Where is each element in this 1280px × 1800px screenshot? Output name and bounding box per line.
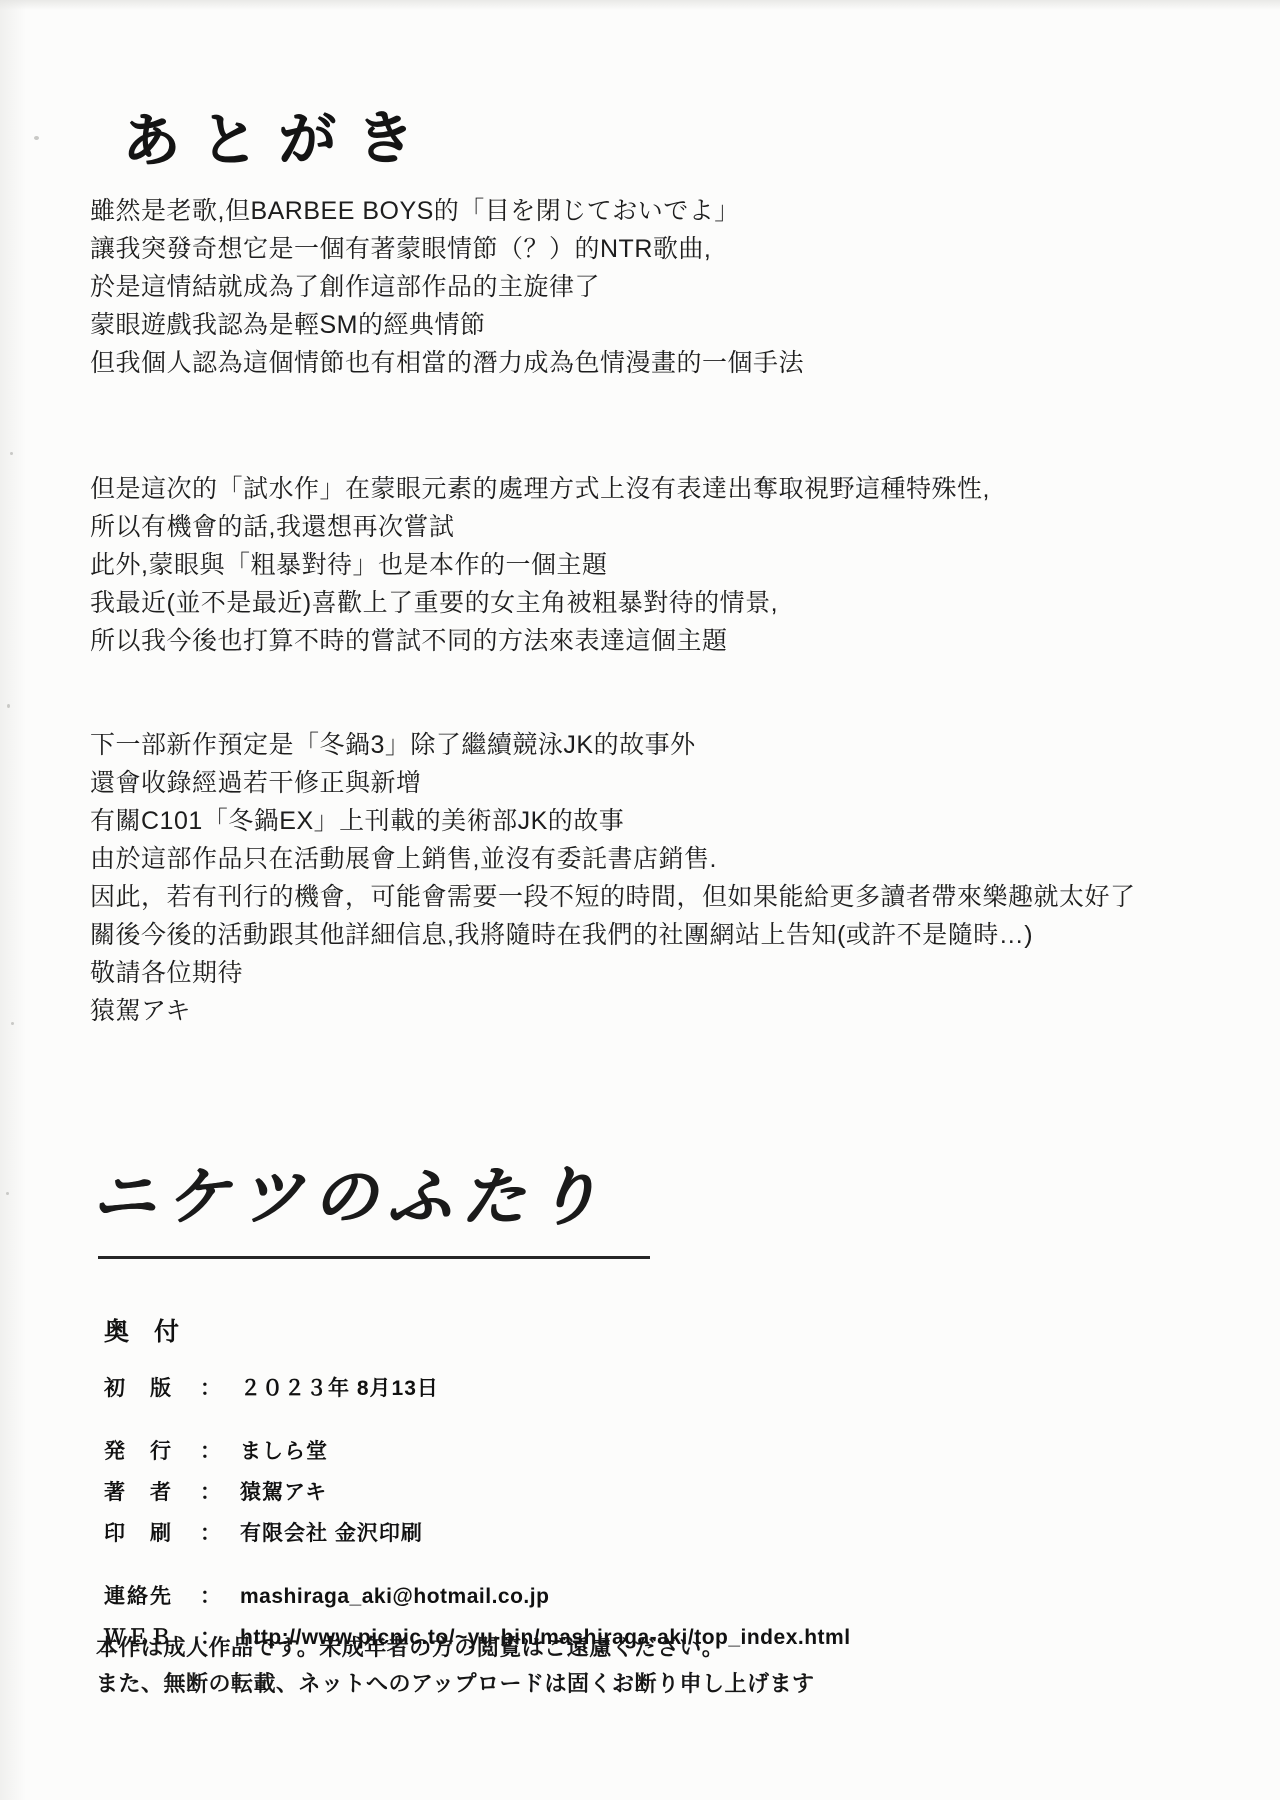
colophon-row-author: 著 者 ： 猿駕アキ <box>104 1476 1004 1506</box>
colophon-colon: ： <box>200 1476 240 1506</box>
colophon-value: 有限会社 金沢印刷 <box>240 1517 423 1547</box>
colophon-row-printer: 印 刷 ： 有限会社 金沢印刷 <box>104 1517 1004 1547</box>
colophon-value: ましら堂 <box>240 1435 328 1465</box>
colophon-label: 連絡先 <box>104 1580 200 1610</box>
colophon-label: 印 刷 <box>104 1517 200 1547</box>
colophon-header: 奥 付 <box>104 1312 179 1348</box>
afterword-line: 由於這部作品只在活動展會上銷售,並沒有委託書店銷售. <box>90 840 1136 878</box>
scan-speck <box>10 452 13 455</box>
adult-content-disclaimer: 本作は成人作品です。未成年者の方の閲覧はご遠慮ください。 また、無断の転載、ネッ… <box>96 1630 814 1702</box>
afterword-line: 關後今後的活動跟其他詳細信息,我將隨時在我們的社團網站上告知(或許不是隨時…) <box>90 916 1136 954</box>
scan-artifact-left-edge <box>0 0 26 1800</box>
afterword-line: 還會收錄經過若干修正與新增 <box>90 764 1136 802</box>
afterword-line: 所以我今後也打算不時的嘗試不同的方法來表達這個主題 <box>90 622 990 660</box>
scan-speck <box>11 1022 14 1025</box>
scan-speck <box>34 136 39 140</box>
colophon-row-contact-email: 連絡先 ： mashiraga_aki@hotmail.co.jp <box>104 1580 1004 1610</box>
afterword-line: 於是這情結就成為了創作這部作品的主旋律了 <box>90 268 804 306</box>
afterword-line: 所以有機會的話,我還想再次嘗試 <box>90 508 990 546</box>
colophon-label: 初 版 <box>104 1372 200 1402</box>
afterword-line: 此外,蒙眼與「粗暴對待」也是本作的一個主題 <box>90 546 990 584</box>
afterword-paragraph-1: 雖然是老歌,但BARBEE BOYS的「目を閉じておいでよ」 讓我突發奇想它是一… <box>90 192 804 382</box>
afterword-line: 下一部新作預定是「冬鍋3」除了繼續競泳JK的故事外 <box>90 726 1136 764</box>
afterword-line: 但我個人認為這個情節也有相當的潛力成為色情漫畫的一個手法 <box>90 344 804 382</box>
afterword-line: 讓我突發奇想它是一個有著蒙眼情節（？）的NTR歌曲, <box>90 230 804 268</box>
afterword-title: あとがき <box>122 90 435 177</box>
contact-email: mashiraga_aki@hotmail.co.jp <box>240 1585 549 1609</box>
disclaimer-line: また、無断の転載、ネットへのアップロードは固くお断り申し上げます <box>96 1666 814 1702</box>
colophon: 初 版 ： ２０２３年 8月13日 発 行 ： ましら堂 著 者 ： 猿駕アキ … <box>104 1372 1004 1662</box>
afterword-line: 敬請各位期待 <box>90 954 1136 992</box>
afterword-line: 因此，若有刊行的機會，可能會需要一段不短的時間，但如果能給更多讀者帶來樂趣就太好… <box>90 878 1136 916</box>
author-signature: 猿駕アキ <box>90 992 1136 1030</box>
colophon-value: ２０２３年 8月13日 <box>240 1372 439 1402</box>
scan-speck <box>6 1192 9 1195</box>
afterword-line: 我最近(並不是最近)喜歡上了重要的女主角被粗暴對待的情景, <box>90 584 990 622</box>
colophon-colon: ： <box>200 1372 240 1402</box>
scan-artifact-top-edge <box>0 0 1280 10</box>
colophon-label: 発 行 <box>104 1435 200 1465</box>
colophon-colon: ： <box>200 1517 240 1547</box>
scan-speck <box>7 704 10 708</box>
colophon-value: 猿駕アキ <box>240 1476 327 1506</box>
disclaimer-line: 本作は成人作品です。未成年者の方の閲覧はご遠慮ください。 <box>96 1630 814 1666</box>
colophon-colon: ： <box>200 1580 240 1610</box>
colophon-row-publisher: 発 行 ： ましら堂 <box>104 1435 1004 1465</box>
afterword-paragraph-2: 但是這次的「試水作」在蒙眼元素的處理方式上沒有表達出奪取視野這種特殊性, 所以有… <box>90 470 990 660</box>
logo-underline <box>98 1256 650 1259</box>
afterword-line: 雖然是老歌,但BARBEE BOYS的「目を閉じておいでよ」 <box>90 192 804 230</box>
scanned-afterword-page: あとがき 雖然是老歌,但BARBEE BOYS的「目を閉じておいでよ」 讓我突發… <box>0 0 1280 1800</box>
colophon-label: 著 者 <box>104 1476 200 1506</box>
book-title-text: ニケツのふたり <box>87 1146 627 1238</box>
afterword-paragraph-3: 下一部新作預定是「冬鍋3」除了繼續競泳JK的故事外 還會收錄經過若干修正與新增 … <box>90 726 1136 1030</box>
colophon-colon: ： <box>200 1435 240 1465</box>
afterword-line: 蒙眼遊戲我認為是輕SM的經典情節 <box>90 306 804 344</box>
afterword-line: 有關C101「冬鍋EX」上刊載的美術部JK的故事 <box>90 802 1136 840</box>
colophon-row-first-edition: 初 版 ： ２０２３年 8月13日 <box>104 1372 1004 1402</box>
book-title-logo: ニケツのふたり <box>98 1146 658 1259</box>
afterword-line: 但是這次的「試水作」在蒙眼元素的處理方式上沒有表達出奪取視野這種特殊性, <box>90 470 990 508</box>
